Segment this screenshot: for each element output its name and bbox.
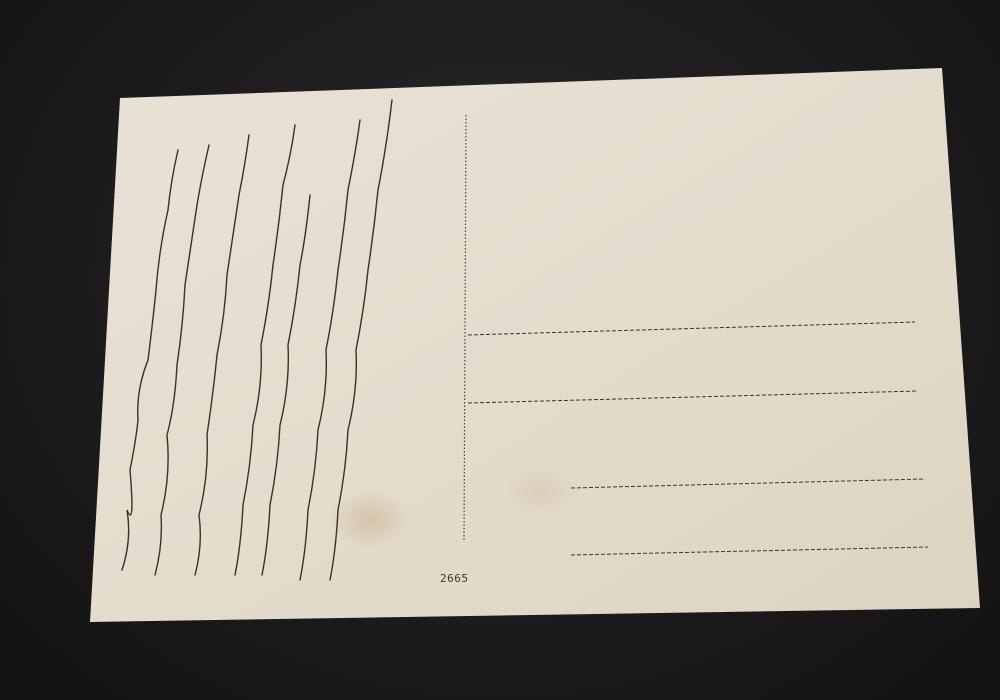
print-number: 2665 <box>440 572 469 585</box>
postcard <box>90 68 980 622</box>
postcard-photo <box>0 0 1000 700</box>
